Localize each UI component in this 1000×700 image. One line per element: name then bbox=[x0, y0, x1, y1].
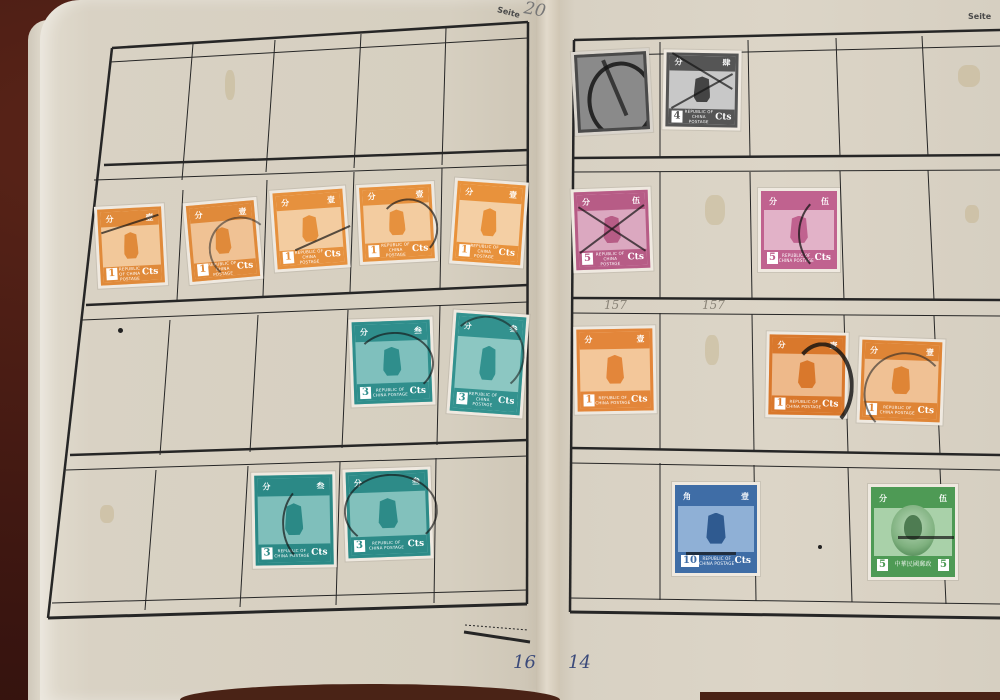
footer-number-right: 14 bbox=[568, 652, 591, 673]
stamp-char: 分 bbox=[581, 334, 595, 348]
stamp-text: REPUBLIC OF CHINA POSTAGE bbox=[594, 394, 631, 405]
postmark bbox=[798, 192, 872, 276]
stamp-currency: 5 bbox=[938, 559, 949, 571]
pencil-note: 157 bbox=[604, 298, 627, 312]
stamp-text: REPUBLIC OF CHINA POSTAGE bbox=[293, 248, 325, 265]
footer-number-left: 16 bbox=[513, 652, 536, 673]
stamp-text: REPUBLIC OF CHINA POSTAGE bbox=[117, 265, 142, 281]
stamp-1ct-orange[interactable]: 分壹 1REPUBLIC OF CHINA POSTAGECts bbox=[356, 181, 438, 265]
album-gutter bbox=[536, 0, 560, 700]
stamp-currency: Cts bbox=[631, 394, 648, 404]
page-header-label-right: Seite bbox=[968, 12, 991, 21]
stamp-value: 4 bbox=[671, 110, 682, 122]
stamp-char: 分 bbox=[867, 344, 881, 358]
stamp-1ct-orange[interactable]: 分壹 1REPUBLIC OF CHINA POSTAGECts bbox=[269, 185, 351, 272]
stamp-1ct-orange[interactable]: 分壹 1REPUBLIC OF CHINA POSTAGECts bbox=[183, 197, 264, 285]
stamp-10ct-blue[interactable]: 角壹 10REPUBLIC OF CHINA POSTAGECts bbox=[672, 482, 760, 576]
handwritten-page-number: 20 bbox=[522, 0, 547, 22]
ink-dot bbox=[118, 328, 123, 333]
stamp-value: 1 bbox=[368, 244, 380, 257]
postmark bbox=[686, 552, 736, 555]
stamp-value: 1 bbox=[459, 244, 471, 257]
postmark bbox=[789, 342, 855, 431]
stamp-currency: Cts bbox=[498, 396, 515, 407]
stamp-value: 10 bbox=[681, 555, 699, 567]
stamp-currency: Cts bbox=[715, 112, 732, 122]
stamp-text: REPUBLIC OF CHINA POSTAGE bbox=[682, 109, 715, 125]
stamp-char: 分 bbox=[876, 492, 890, 506]
stamp-currency: Cts bbox=[324, 249, 341, 260]
stamp-text: REPUBLIC OF CHINA POSTAGE bbox=[699, 556, 735, 566]
stamp-char: 壹 bbox=[633, 333, 647, 347]
stamp-char: 分 bbox=[774, 339, 788, 353]
stamp-char: 分 bbox=[259, 481, 273, 495]
stamp-currency: Cts bbox=[627, 252, 644, 263]
page-stain bbox=[705, 335, 719, 365]
stamp-value: 1 bbox=[283, 252, 295, 265]
page-stain bbox=[225, 70, 235, 100]
stamp-3ct-teal[interactable]: 分叁 3REPUBLIC OF CHINA POSTAGECts bbox=[342, 466, 433, 561]
stamp-char: 分 bbox=[364, 190, 379, 205]
stamp-1ct-orange[interactable]: 分壹 1REPUBLIC OF CHINA POSTAGECts bbox=[857, 337, 946, 426]
stamp-char: 分 bbox=[462, 185, 477, 200]
stamp-value: 5 bbox=[767, 252, 778, 264]
stamp-currency: Cts bbox=[498, 248, 515, 259]
stamp-1ct-orange[interactable]: 分壹 1REPUBLIC OF CHINA POSTAGECts bbox=[765, 331, 848, 418]
stamp-char: 分 bbox=[766, 195, 780, 209]
stamp-text: REPUBLIC OF CHINA POSTAGE bbox=[593, 250, 628, 266]
page-stain bbox=[958, 65, 980, 87]
postmark bbox=[898, 536, 954, 539]
stamp-char: 肆 bbox=[719, 57, 733, 71]
pencil-note: 157 bbox=[702, 298, 725, 312]
stamp-char: 壹 bbox=[505, 188, 520, 203]
stamp-grey-heavily-cancelled[interactable] bbox=[571, 48, 653, 136]
stamp-value: 5 bbox=[877, 559, 888, 571]
stamp-value: 5 bbox=[582, 253, 593, 265]
portrait-image bbox=[891, 505, 935, 555]
stamp-text: 中華民國郵政 bbox=[888, 562, 938, 567]
stamp-currency: Cts bbox=[142, 267, 159, 278]
stamp-value: 1 bbox=[106, 268, 118, 281]
stamp-char: 分 bbox=[102, 212, 117, 227]
page-stain bbox=[965, 205, 979, 223]
stamp-1ct-orange[interactable]: 分壹 1REPUBLIC OF CHINA POSTAGECts bbox=[94, 203, 168, 289]
stamp-text: REPUBLIC OF CHINA POSTAGE bbox=[469, 243, 499, 260]
stamp-currency: Cts bbox=[735, 556, 751, 566]
stamp-char: 角 bbox=[680, 490, 694, 504]
stamp-value: 3 bbox=[261, 547, 272, 559]
stamp-3ct-teal[interactable]: 分叁 3REPUBLIC OF CHINA POSTAGECts bbox=[251, 471, 337, 568]
stamp-char: 分 bbox=[278, 196, 293, 211]
stamp-value: 1 bbox=[774, 397, 785, 409]
stamp-char: 伍 bbox=[936, 492, 950, 506]
stamp-char: 分 bbox=[191, 208, 206, 223]
stamp-5ct-magenta[interactable]: 分伍 5REPUBLIC OF CHINA POSTAGECts bbox=[571, 187, 654, 274]
stamp-1ct-orange[interactable]: 分壹 1REPUBLIC OF CHINA POSTAGECts bbox=[449, 178, 529, 269]
stamp-char: 壹 bbox=[324, 193, 339, 208]
album-cover-edge bbox=[700, 692, 1000, 700]
stamp-1ct-orange[interactable]: 分壹 1REPUBLIC OF CHINA POSTAGECts bbox=[573, 325, 657, 414]
page-stain bbox=[705, 195, 725, 225]
ink-dot bbox=[818, 545, 822, 549]
stamp-5ct-magenta[interactable]: 分伍 5REPUBLIC OF CHINA POSTAGECts bbox=[758, 188, 840, 272]
stamp-4ct-grey[interactable]: 分肆 4REPUBLIC OF CHINA POSTAGECts bbox=[662, 49, 741, 130]
page-stain bbox=[100, 505, 114, 523]
stamp-value: 1 bbox=[583, 394, 594, 406]
stamp-3ct-teal[interactable]: 分叁 3REPUBLIC OF CHINA POSTAGECts bbox=[348, 317, 435, 408]
stamp-char: 壹 bbox=[738, 490, 752, 504]
stamp-5ct-green-portrait[interactable]: 分伍 5中華民國郵政5 bbox=[868, 484, 958, 580]
stamp-3ct-teal[interactable]: 分叁 3REPUBLIC OF CHINA POSTAGECts bbox=[446, 309, 529, 418]
